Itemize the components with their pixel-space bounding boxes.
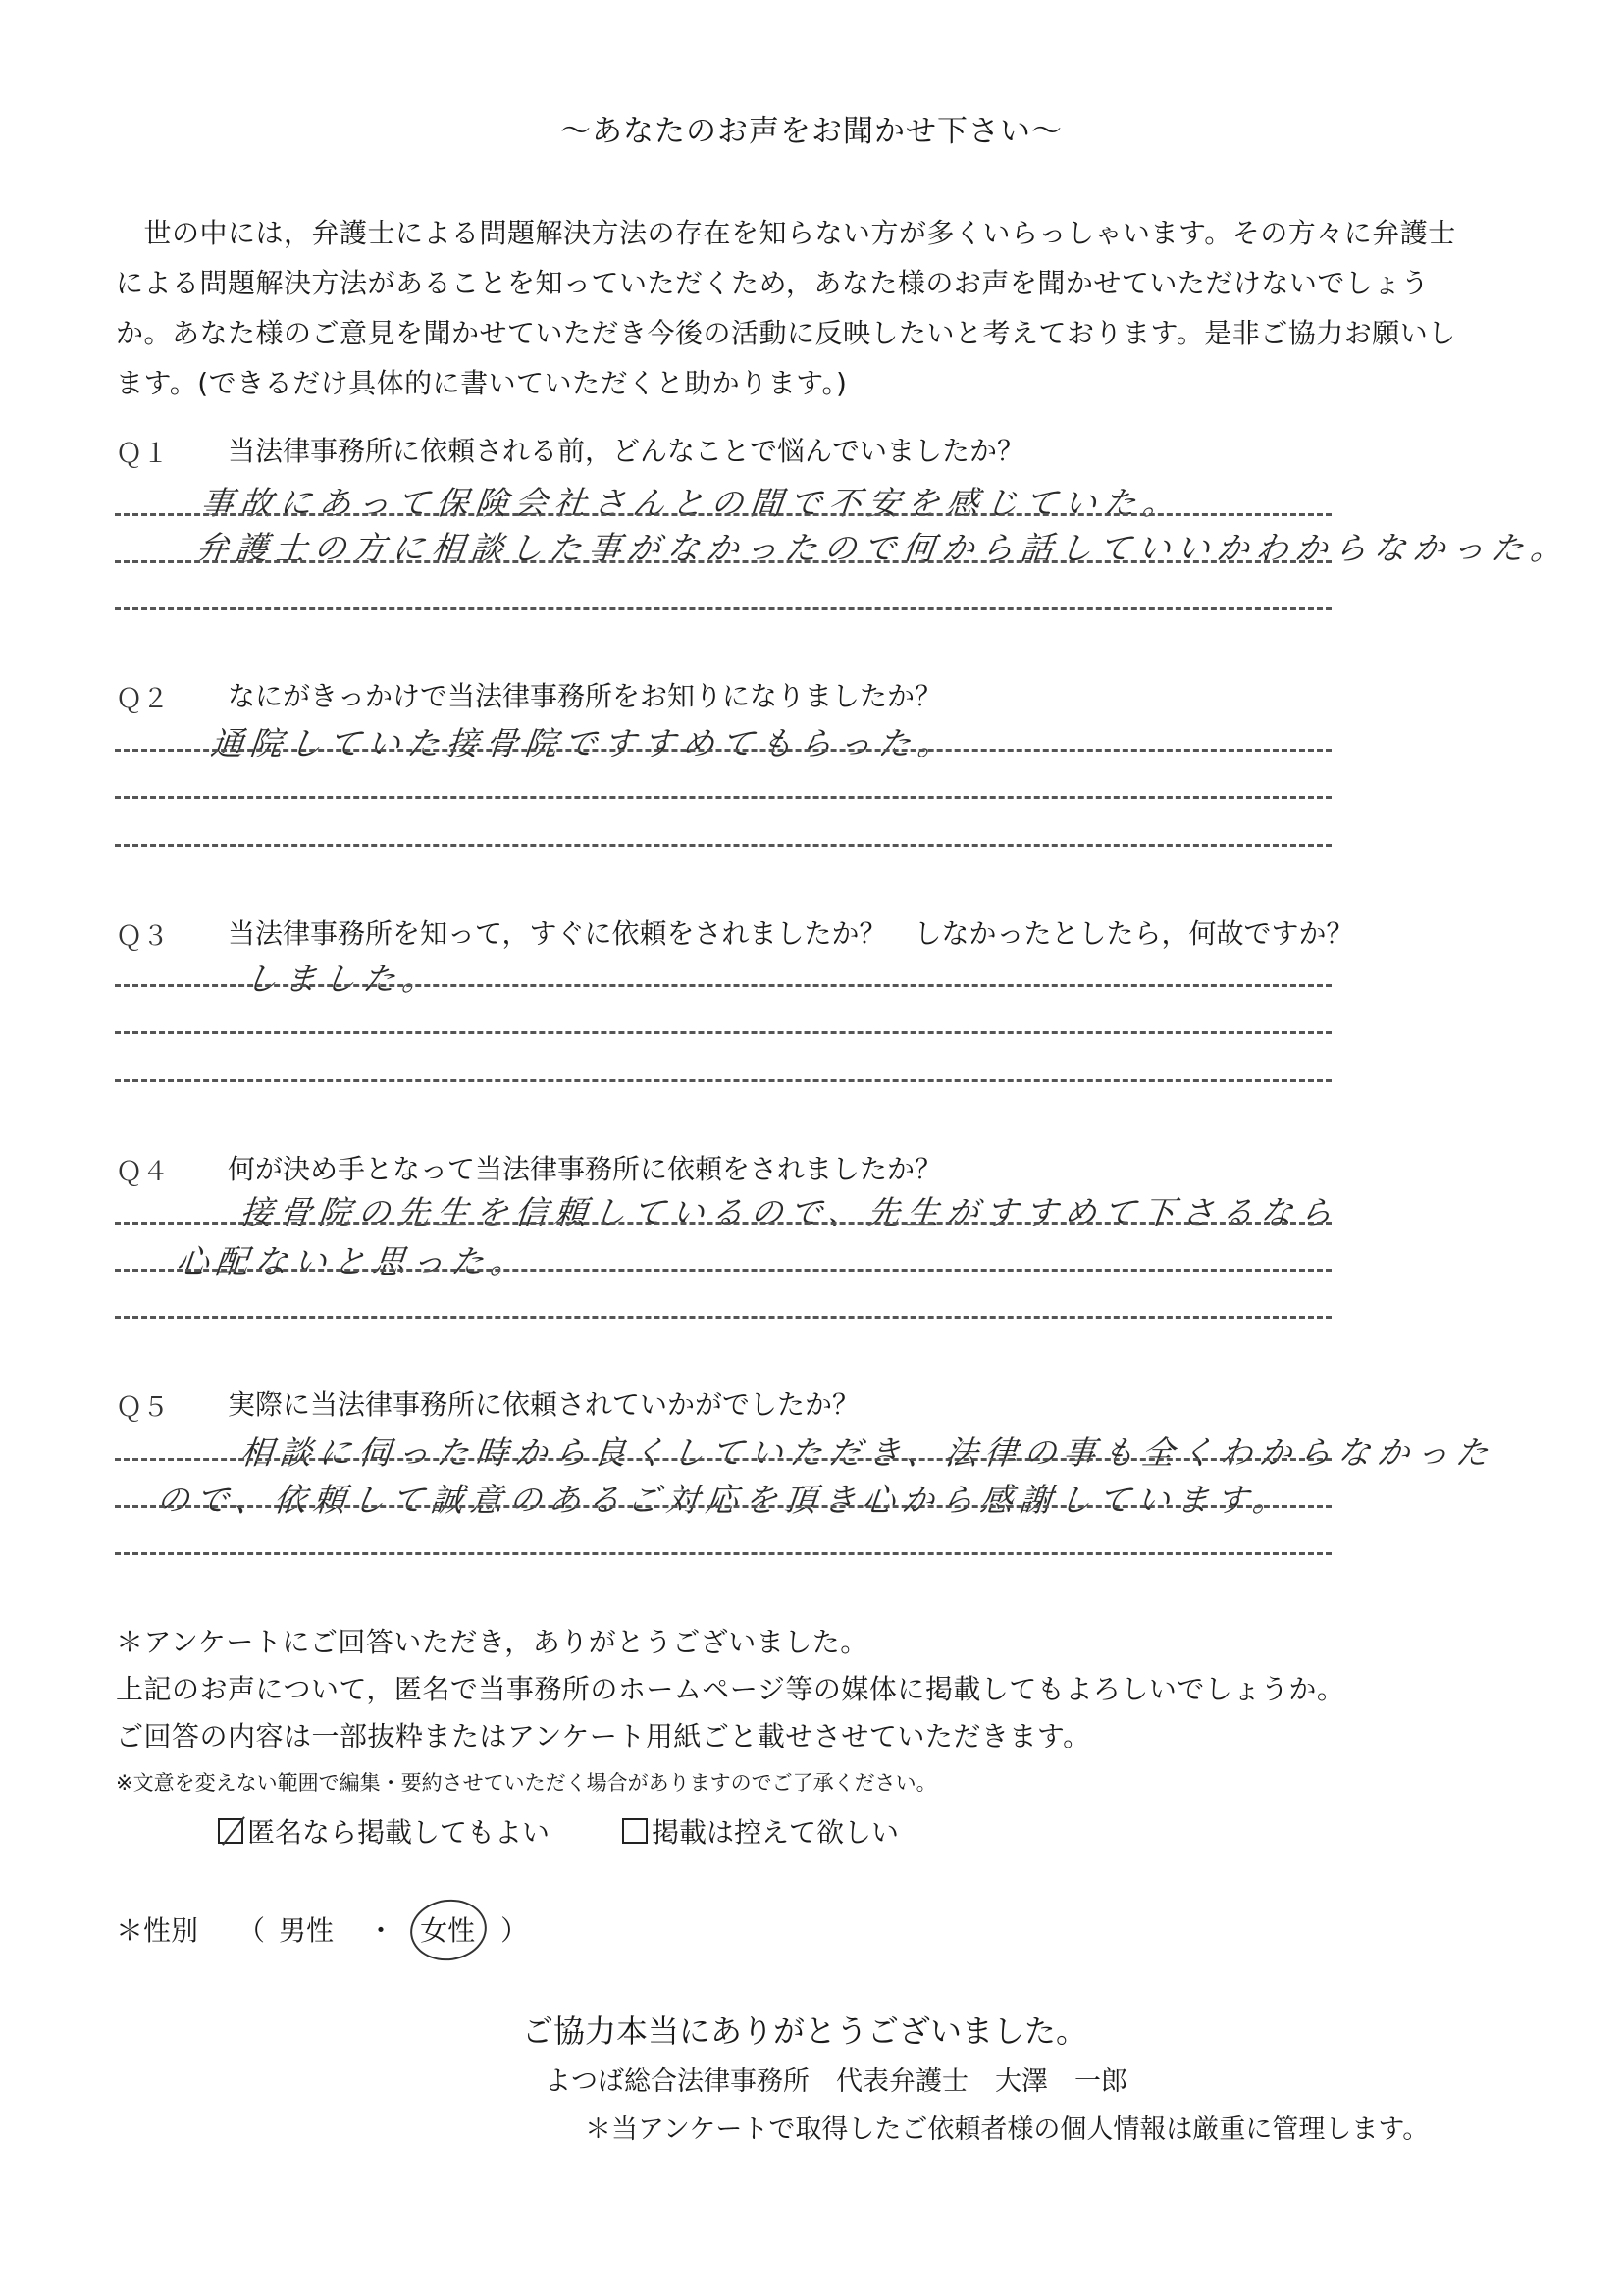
q1-answer-line-1[interactable]: 事故にあって保険会社さんとの間で不安を感じていた。 — [199, 478, 1185, 524]
option-decline-publication[interactable]: 掲載は控えて欲しい — [622, 1811, 899, 1851]
q2-label: Ｑ２ — [116, 677, 169, 715]
answer-rule — [115, 513, 1332, 516]
intro-line: による問題解決方法があることを知っていただくため，あなた様のお声を聞かせていただ… — [116, 258, 1480, 308]
q1-text: 当法律事務所に依頼される前，どんなことで悩んでいましたか？ — [228, 430, 1024, 469]
answer-rule — [115, 1458, 1332, 1461]
answer-rule — [115, 1316, 1332, 1319]
q4-text: 何が決め手となって当法律事務所に依頼をされましたか？ — [228, 1148, 942, 1187]
gender-option-female-selected[interactable]: 女性 — [420, 1909, 475, 1949]
answer-rule — [115, 984, 1332, 987]
answer-rule — [115, 1222, 1332, 1225]
q5-label: Ｑ５ — [116, 1385, 169, 1424]
close-paren: ） — [500, 1909, 528, 1949]
q3-answer-line-1[interactable]: しました。 — [243, 954, 445, 1000]
open-paren: （ — [237, 1909, 265, 1949]
option-label: 掲載は控えて欲しい — [652, 1811, 899, 1851]
final-thanks: ご協力本当にありがとうございました。 — [522, 2007, 1087, 2052]
gender-field: ＊性別 （ 男性 ・ 女性 ） — [116, 1909, 528, 1949]
option-label: 匿名なら掲載してもよい — [247, 1811, 550, 1851]
intro-paragraph: 世の中には，弁護士による問題解決方法の存在を知らない方が多くいらっしゃいます。そ… — [116, 208, 1480, 408]
editing-note: ※文意を変えない範囲で編集・要約させていただく場合がありますのでご了承ください。 — [116, 1767, 937, 1797]
answer-rule — [115, 796, 1332, 799]
gender-label: ＊性別 — [116, 1909, 198, 1949]
q5-text: 実際に当法律事務所に依頼されていかがでしたか？ — [228, 1383, 860, 1423]
intro-line: か。あなた様のご意見を聞かせていただき今後の活動に反映したいと考えております。是… — [116, 308, 1480, 358]
gender-female-label: 女性 — [420, 1914, 475, 1947]
q2-text: なにがきっかけで当法律事務所をお知りになりましたか？ — [228, 675, 942, 714]
answer-rule — [115, 560, 1332, 563]
answer-rule — [115, 1269, 1332, 1272]
q4-answer-line-1[interactable]: 接骨院の先生を信頼しているので、先生がすすめて下さるなら — [238, 1187, 1342, 1233]
privacy-note: ＊当アンケートで取得したご依頼者様の個人情報は厳重に管理します。 — [585, 2108, 1429, 2146]
q1-label: Ｑ１ — [116, 432, 169, 470]
q3-text: 当法律事務所を知って，すぐに依頼をされましたか？ しなかったとしたら，何故ですか… — [228, 913, 1353, 952]
intro-line: ます。(できるだけ具体的に書いていただくと助かります。) — [116, 358, 1480, 408]
q5-answer-line-2[interactable]: ので、依頼して誠意のあるご対応を頂き心から感謝しています。 — [155, 1475, 1295, 1521]
answer-rule — [115, 1552, 1332, 1555]
answer-rule — [115, 1079, 1332, 1082]
gender-separator: ・ — [367, 1909, 394, 1949]
publication-permission-question: 上記のお声について，匿名で当事務所のホームページ等の媒体に掲載してもよろしいでし… — [116, 1668, 1344, 1707]
content-usage-note: ご回答の内容は一部抜粋またはアンケート用紙ごと載せさせていただきます。 — [116, 1715, 1091, 1754]
q2-answer-line-1[interactable]: 通院していた接骨院ですすめてもらった。 — [209, 718, 960, 764]
intro-line: 世の中には，弁護士による問題解決方法の存在を知らない方が多くいらっしゃいます。そ… — [116, 208, 1480, 258]
survey-thanks-line: ＊アンケートにご回答いただき，ありがとうございました。 — [116, 1621, 868, 1660]
answer-rule — [115, 607, 1332, 610]
q3-label: Ｑ３ — [116, 914, 169, 953]
page-title: ～あなたのお声をお聞かせ下さい～ — [0, 106, 1623, 150]
option-anonymous-ok[interactable]: 匿名なら掲載してもよい — [218, 1811, 550, 1851]
answer-rule — [115, 749, 1332, 752]
answer-rule — [115, 1031, 1332, 1034]
q4-label: Ｑ４ — [116, 1150, 169, 1188]
checkbox-empty-icon[interactable] — [622, 1818, 648, 1844]
answer-rule — [115, 844, 1332, 847]
gender-option-male[interactable]: 男性 — [279, 1909, 334, 1949]
q4-answer-line-2[interactable]: 心配ないと思った。 — [175, 1236, 533, 1282]
firm-signature: よつば総合法律事務所 代表弁護士 大澤 一郎 — [545, 2060, 1127, 2098]
answer-rule — [115, 1505, 1332, 1508]
checkbox-checked-icon[interactable] — [218, 1818, 243, 1844]
q5-answer-line-1[interactable]: 相談に伺った時から良くしていただき、法律の事も全くわからなかった — [238, 1428, 1498, 1474]
